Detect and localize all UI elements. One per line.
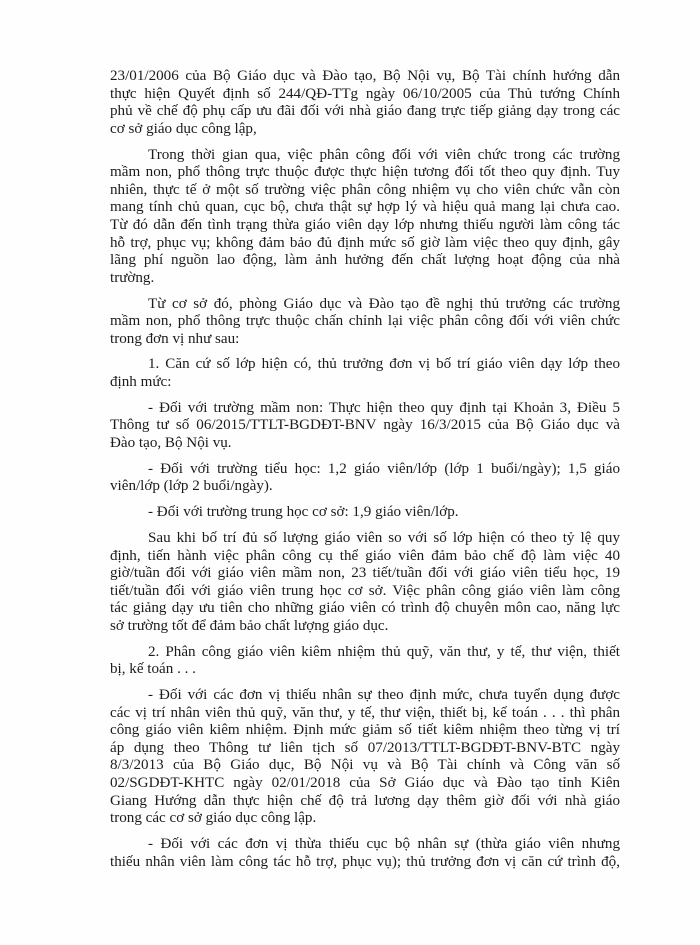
document-body: 23/01/2006 của Bộ Giáo dục và Đào tạo, B… <box>110 68 620 879</box>
paragraph-current-situation: Trong thời gian qua, việc phân công đối … <box>110 147 620 288</box>
paragraph-item-2: 2. Phân công giáo viên kiêm nhiệm thủ qu… <box>110 644 620 679</box>
text-line: trong đơn vị như sau: <box>110 331 620 349</box>
text-line: phủ về chế độ phụ cấp ưu đãi đối với nhà… <box>110 103 620 121</box>
paragraph-preschool-norm: - Đối với trường mầm non: Thực hiện theo… <box>110 400 620 453</box>
text-line: tác giảng dạy ưu tiên cho những giáo viê… <box>110 600 620 618</box>
text-line: mang tính chủ quan, cục bộ, chưa thật sự… <box>110 199 620 217</box>
text-line: - Đối với các đơn vị thừa thiếu cục bộ n… <box>110 836 620 854</box>
text-line: trong các cơ sở giáo dục công lập. <box>110 810 620 828</box>
text-line: Trong thời gian qua, việc phân công đối … <box>110 147 620 165</box>
text-line: mầm non, phổ thông trực thuộc được thực … <box>110 164 620 182</box>
text-line: áp dụng theo Thông tư liên tịch số 07/20… <box>110 740 620 758</box>
paragraph-legal-basis-continuation: 23/01/2006 của Bộ Giáo dục và Đào tạo, B… <box>110 68 620 138</box>
text-line: 02/SGDĐT-KHTC ngày 02/01/2018 của Sở Giá… <box>110 775 620 793</box>
text-line: viên/lớp (lớp 2 buổi/ngày). <box>110 478 620 496</box>
text-line: các vị trí nhân viên thủ quỹ, văn thư, y… <box>110 705 620 723</box>
text-line: Đào tạo, Bộ Nội vụ. <box>110 435 620 453</box>
text-line: công giáo viên kiêm nhiệm. Định mức giảm… <box>110 722 620 740</box>
text-line: trường. <box>110 270 620 288</box>
text-line: Từ cơ sở đó, phòng Giáo dục và Đào tạo đ… <box>110 296 620 314</box>
text-line: mầm non, phổ thông trực thuộc chấn chỉnh… <box>110 313 620 331</box>
text-line: hỗ trợ, phục vụ; không đảm bảo đủ định m… <box>110 235 620 253</box>
text-line: lãng phí nguồn lao động, làm ảnh hưởng đ… <box>110 252 620 270</box>
text-line: 23/01/2006 của Bộ Giáo dục và Đào tạo, B… <box>110 68 620 86</box>
text-line: định mức: <box>110 374 620 392</box>
paragraph-item-1: 1. Căn cứ số lớp hiện có, thủ trưởng đơn… <box>110 356 620 391</box>
text-line: định, tiến hành việc phân công cụ thể gi… <box>110 548 620 566</box>
text-line: tiết/tuần đối với giáo viên trung học cơ… <box>110 583 620 601</box>
paragraph-teaching-assignment: Sau khi bố trí đủ số lượng giáo viên so … <box>110 530 620 636</box>
paragraph-local-imbalance: - Đối với các đơn vị thừa thiếu cục bộ n… <box>110 836 620 871</box>
text-line: thực hiện Quyết định số 244/QĐ-TTg ngày … <box>110 86 620 104</box>
text-line: Thông tư số 06/2015/TTLT-BGDĐT-BNV ngày … <box>110 417 620 435</box>
text-line: - Đối với trường tiểu học: 1,2 giáo viên… <box>110 461 620 479</box>
text-line: bị, kế toán . . . <box>110 661 620 679</box>
text-line: sở trường tốt để đảm bảo chất lượng giáo… <box>110 618 620 636</box>
text-line: - Đối với trường trung học cơ sở: 1,9 gi… <box>110 504 620 522</box>
text-line: Giang Hướng dẫn thực hiện chế độ trả lươ… <box>110 793 620 811</box>
text-line: nhiên, thực tế ở một số trường việc phân… <box>110 182 620 200</box>
text-line: 2. Phân công giáo viên kiêm nhiệm thủ qu… <box>110 644 620 662</box>
paragraph-primary-norm: - Đối với trường tiểu học: 1,2 giáo viên… <box>110 461 620 496</box>
text-line: cơ sở giáo dục công lập, <box>110 121 620 139</box>
scanned-document-page: 23/01/2006 của Bộ Giáo dục và Đào tạo, B… <box>0 0 700 945</box>
text-line: giờ/tuần đối với giáo viên mầm non, 23 t… <box>110 565 620 583</box>
text-line: Từ đó dẫn đến tình trạng thừa giáo viên … <box>110 217 620 235</box>
paragraph-proposal-intro: Từ cơ sở đó, phòng Giáo dục và Đào tạo đ… <box>110 296 620 349</box>
text-line: 1. Căn cứ số lớp hiện có, thủ trưởng đơn… <box>110 356 620 374</box>
text-line: 8/3/2013 của Bộ Giáo dục, Bộ Nội vụ và B… <box>110 757 620 775</box>
paragraph-secondary-norm: - Đối với trường trung học cơ sở: 1,9 gi… <box>110 504 620 522</box>
text-line: Sau khi bố trí đủ số lượng giáo viên so … <box>110 530 620 548</box>
text-line: - Đối với trường mầm non: Thực hiện theo… <box>110 400 620 418</box>
text-line: - Đối với các đơn vị thiếu nhân sự theo … <box>110 687 620 705</box>
text-line: thiếu nhân viên làm công tác hỗ trợ, phụ… <box>110 854 620 872</box>
paragraph-concurrent-duties: - Đối với các đơn vị thiếu nhân sự theo … <box>110 687 620 828</box>
